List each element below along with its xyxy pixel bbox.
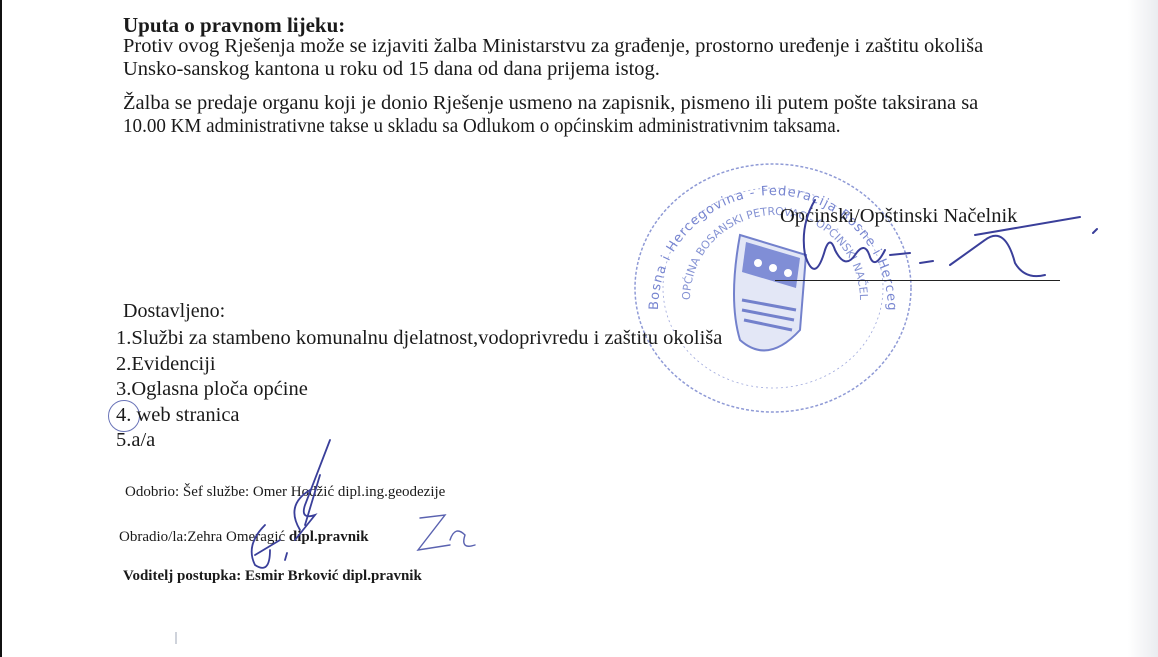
scan-speck <box>175 632 177 644</box>
paragraph-1-line-2: Unsko-sanskog kantona u roku od 15 dana … <box>123 58 983 81</box>
distribution-label: Dostavljeno: <box>123 300 225 323</box>
paragraph-1-line-1: Protiv ovog Rješenja može se izjaviti ža… <box>123 35 983 58</box>
processed-by: Obradio/la:Zehra Omeragić dipl.pravnik <box>119 529 369 546</box>
distribution-item: 4. web stranica <box>116 403 722 429</box>
document-page: Bosna i Hercegovina - Federacija Bosne i… <box>0 0 1158 657</box>
mayor-signature-title: Općinski/Opštinski Načelnik <box>780 205 1017 228</box>
legal-remedy-paragraph-1: Protiv ovog Rješenja može se izjaviti ža… <box>123 35 983 80</box>
distribution-item: 1.Službi za stambeno komunalnu djelatnos… <box>116 326 722 352</box>
scan-shadow <box>1128 0 1158 657</box>
distribution-item: 2.Evidenciji <box>116 352 722 378</box>
approver-signature-icon <box>225 435 345 585</box>
paragraph-2-line-1: Žalba se predaje organu koji je donio Rj… <box>123 92 978 115</box>
processor-initials-icon <box>410 510 485 560</box>
distribution-list: 1.Službi za stambeno komunalnu djelatnos… <box>116 326 722 454</box>
processed-by-name: Obradio/la:Zehra Omeragić <box>119 529 289 545</box>
distribution-item: 5.a/a <box>116 428 722 454</box>
legal-remedy-paragraph-2: Žalba se predaje organu koji je donio Rj… <box>123 92 978 137</box>
processed-by-title: dipl.pravnik <box>289 529 369 545</box>
paragraph-2-line-2: 10.00 KM administrativne takse u skladu … <box>123 115 840 138</box>
distribution-item: 3.Oglasna ploča općine <box>116 377 722 403</box>
procedure-leader: Voditelj postupka: Esmir Brković dipl.pr… <box>123 568 422 585</box>
scan-edge <box>0 0 2 657</box>
signature-line <box>775 280 1060 281</box>
approved-by: Odobrio: Šef službe: Omer Hodžić dipl.in… <box>125 484 445 501</box>
